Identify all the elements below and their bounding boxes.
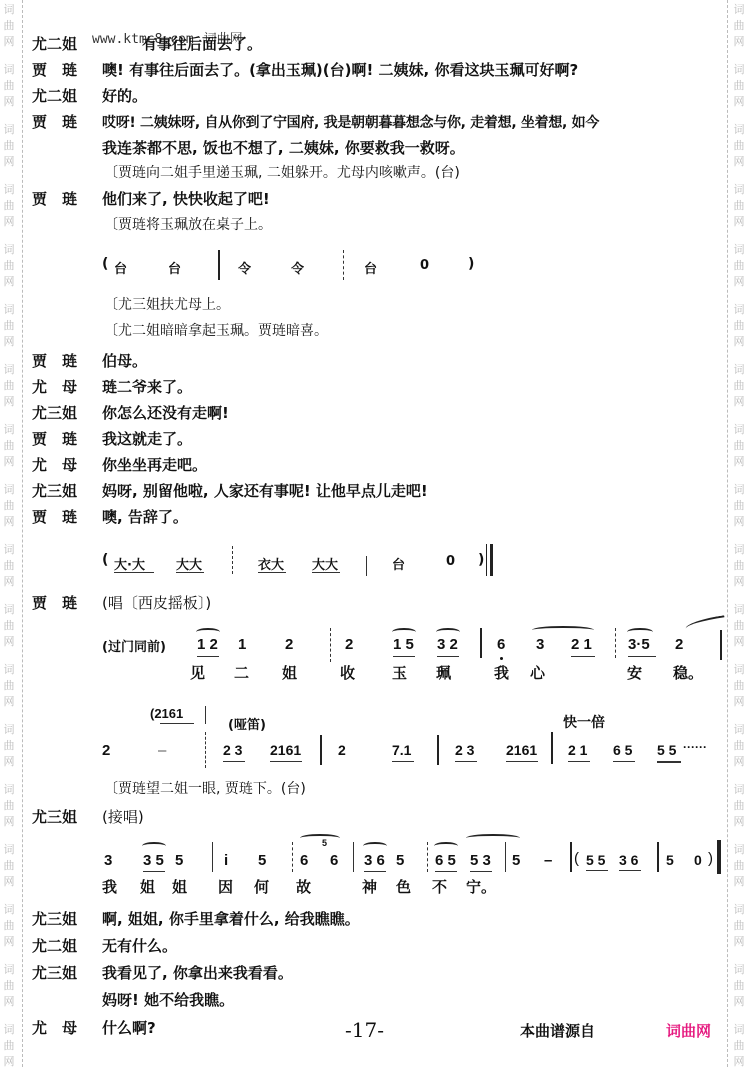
note: 1 5 [393,636,414,653]
note: 3 2 [437,636,458,653]
dialogue-line: 尤三姐你怎么还没有走啊! [32,402,229,424]
note: 3 [536,636,544,653]
underline [571,656,595,657]
watermark-glyph: 网 [2,212,16,232]
watermark-glyph: 网 [732,572,746,592]
note: 2 1 [568,742,587,758]
left-watermark-column: 词曲网词曲网词曲网词曲网词曲网词曲网词曲网词曲网词曲网词曲网词曲网词曲网词曲网词… [2,0,16,1067]
tempo-marking: 快一倍 [563,712,605,732]
dialogue-line: 贾 琏噢, 告辞了。 [32,506,188,528]
watermark-glyph: 网 [2,872,16,892]
slur [532,626,594,634]
final-barline-thin [486,544,487,576]
grace-note: 5 [322,838,327,848]
underline [628,656,656,657]
slur [196,628,220,636]
slur [363,842,387,850]
note: 2 [102,742,110,759]
dialogue-line: 尤 母你坐坐再走吧。 [32,454,207,476]
lyric: 安 [627,662,642,683]
barline [320,735,322,765]
note: 5 3 [470,852,491,869]
watermark-glyph: 网 [732,332,746,352]
underline [455,761,477,762]
paren-open: ( [574,850,579,867]
underline [197,656,219,657]
watermark-glyph: 网 [732,872,746,892]
underline [176,572,204,573]
barline [353,842,354,872]
lyric: 稳。 [673,662,703,683]
watermark-glyph: 网 [732,932,746,952]
note: 1 2 [197,636,218,653]
note: 3 6 [364,852,385,869]
perc-syllable: 台 [364,258,377,277]
watermark-glyph: 网 [2,812,16,832]
perc-syllable: 台 [392,554,405,573]
barline [720,630,722,660]
lyric: 何 [254,876,269,897]
lyric: 玉 [392,662,407,683]
watermark-glyph: 网 [732,32,746,52]
dash: – [544,852,552,869]
note: 2 3 [223,742,242,758]
barline [218,250,220,280]
alt-phrase: (2161 [150,706,183,721]
underline [619,870,641,871]
underline [437,656,459,657]
note: 6 [497,636,505,653]
slur [436,628,460,636]
note: 5 5 [657,742,676,758]
note: 2 [345,636,353,653]
watermark-glyph: 网 [2,92,16,112]
lyric: 宁。 [466,876,496,897]
lyric: 珮 [436,662,451,683]
barline [551,732,553,764]
dialogue-line: 尤三姐妈呀, 别留他啦, 人家还有事呢! 让他早点儿走吧! [32,480,428,502]
note: 2 [675,636,683,653]
watermark-glyph: 网 [2,1052,16,1067]
underline [435,871,457,872]
lyric: 色 [396,876,411,897]
note: 7.1 [392,742,411,758]
continuation-dots: ······ [683,740,707,754]
watermark-glyph: 网 [732,692,746,712]
lyric: 不 [432,876,447,897]
watermark-glyph: 网 [2,992,16,1012]
lyric: 神 [362,876,377,897]
note: 6 [330,852,338,869]
dialogue-line: 尤 母琏二爷来了。 [32,376,192,398]
page-number: -17- [345,1018,384,1042]
watermark-glyph: 网 [732,212,746,232]
perc-syllable: 大大 [176,554,202,573]
note: 5 5 [586,852,605,868]
dialogue-line: 尤三姐我看见了, 你拿出来我看看。 [32,962,293,984]
barline [366,556,367,576]
underline [258,572,286,573]
perc-syllable: 大·大 [114,554,145,573]
lyric: 姐 [140,876,155,897]
note: 5 [512,852,520,869]
perc-syllable: 台 [114,258,127,277]
barline [437,735,439,765]
percussion-open: ( [102,552,108,568]
watermark-glyph: 网 [2,632,16,652]
watermark-glyph: 网 [732,152,746,172]
dialogue-line: 尤 母什么啊? [32,1017,156,1039]
underline [392,761,414,762]
watermark-glyph: 网 [732,92,746,112]
watermark-glyph: 网 [2,392,16,412]
brand-link[interactable]: 词曲网 [666,1020,711,1041]
note: 2 [285,636,293,653]
note: 5 [666,852,674,868]
watermark-glyph: 网 [2,152,16,172]
watermark-glyph: 网 [732,272,746,292]
note: 2 [338,742,346,758]
dialogue-line: 贾 琏他们来了, 快快收起了吧! [32,188,270,210]
note: 6 [300,852,308,869]
underline [223,761,245,762]
note: 5 [258,852,266,869]
lyric: 见 [190,662,205,683]
lyric: 收 [340,662,355,683]
dialogue-line: 贾 琏噢! 有事往后面去了。(拿出玉珮)(台)啊! 二姨妹, 你看这块玉珮可好啊… [32,59,578,81]
underline [393,656,415,657]
stage-direction: 〔贾琏望二姐一眼, 贾琏下。(台) [104,778,306,800]
underline [143,871,165,872]
underline [613,761,635,762]
stage-direction: 〔尤二姐暗暗拿起玉珮。贾琏暗喜。 [104,320,328,342]
watermark-glyph: 网 [2,452,16,472]
underline [270,761,302,762]
underline [312,572,340,573]
note: 3 [104,852,112,869]
dialogue-line: 尤三姐啊, 姐姐, 你手里拿着什么, 给我瞧瞧。 [32,908,360,930]
source-label: 本曲谱源自 [520,1020,595,1041]
perc-syllable: 0 [446,554,455,569]
underline [568,761,590,762]
tie-continue [685,615,726,628]
underline [364,871,386,872]
dialogue-line: 尤三姐(接唱) [32,806,144,828]
perc-syllable: 台 [168,258,181,277]
note: 0 [694,852,702,868]
barline [292,842,293,872]
paren-close: ) [708,850,713,867]
slur [300,834,340,842]
lower-octave-dot [500,657,503,660]
final-barline [717,840,721,874]
right-margin-line [727,0,728,1067]
lyric: 心 [530,662,545,683]
percussion-close: ) [478,552,484,568]
barline [343,250,344,280]
dialogue-line: 妈呀! 她不给我瞧。 [32,989,234,1011]
stage-direction: 〔尤三姐扶尤母上。 [104,294,230,316]
note: 6 5 [613,742,632,758]
watermark-glyph: 网 [2,272,16,292]
section-label: (哑笛) [228,714,266,733]
lyric: 因 [218,876,233,897]
lyric: 姐 [172,876,187,897]
underline [470,871,492,872]
barline [205,706,206,724]
watermark-glyph: 网 [2,692,16,712]
underline [657,761,681,763]
dialogue-line: 贾 琏(唱〔西皮摇板〕) [32,592,211,614]
note: 2161 [506,742,537,758]
lyric: 我 [494,662,509,683]
score-prefix: (过门同前) [102,636,166,655]
barline [330,628,331,662]
underline [160,723,194,724]
barline [480,628,482,658]
note: 3·5 [628,636,650,653]
watermark-glyph: 网 [732,752,746,772]
watermark-glyph: 网 [2,932,16,952]
barline [570,842,572,872]
dialogue-line: 贾 琏伯母。 [32,350,147,372]
slur [466,834,520,842]
watermark-glyph: 网 [2,572,16,592]
note: 2 3 [455,742,474,758]
barline [232,546,233,574]
stage-direction: 〔贾琏将玉珮放在桌子上。 [104,214,272,236]
watermark-glyph: 网 [732,632,746,652]
barline [212,842,213,872]
slur [434,842,458,850]
dialogue-line: 贾 琏我这就走了。 [32,428,192,450]
note: 6 5 [435,852,456,869]
note: i [224,852,228,869]
slur [142,842,166,850]
watermark-glyph: 网 [732,812,746,832]
right-watermark-column: 词曲网词曲网词曲网词曲网词曲网词曲网词曲网词曲网词曲网词曲网词曲网词曲网词曲网词… [732,0,746,1067]
underline [586,870,608,871]
watermark-glyph: 网 [732,452,746,472]
dash: – [158,742,166,759]
barline [505,842,506,872]
barline [427,842,428,872]
note: 3 5 [143,852,164,869]
watermark-glyph: 网 [2,752,16,772]
underline [506,761,538,762]
barline [615,628,616,658]
watermark-glyph: 网 [2,332,16,352]
watermark-glyph: 网 [732,512,746,532]
watermark-glyph: 网 [732,1052,746,1067]
dialogue-line: 尤二姐无有什么。 [32,935,177,957]
dialogue-line: 贾 琏哎呀! 二姨妹呀, 自从你到了宁国府, 我是朝朝暮暮想念与你, 走着想, … [32,111,599,133]
barline [657,842,659,872]
perc-syllable: 大大 [312,554,338,573]
dialogue-line: 尤二姐有事往后面去了。 [32,33,262,55]
slur [627,628,653,636]
perc-syllable: 令 [238,258,251,277]
note: 5 [175,852,183,869]
watermark-glyph: 网 [732,992,746,1012]
perc-syllable: 衣大 [258,554,284,573]
dialogue-line: 我连茶都不思, 饭也不想了, 二姨妹, 你要救我一救呀。 [32,137,465,159]
stage-direction: 〔贾琏向二姐手里递玉珮, 二姐躲开。尤母内咳嗽声。(台) [104,162,460,184]
watermark-glyph: 网 [2,32,16,52]
watermark-glyph: 网 [2,512,16,532]
perc-syllable: 0 [420,258,429,273]
percussion-close: ) [468,256,474,272]
percussion-open: ( [102,256,108,272]
note: 5 [396,852,404,869]
note: 2161 [270,742,301,758]
barline [205,732,206,768]
underline [114,572,154,573]
lyric: 二 [234,662,249,683]
lyric: 我 [102,876,117,897]
final-barline-thick [490,544,493,576]
dialogue-line: 尤二姐好的。 [32,85,147,107]
note: 1 [238,636,246,653]
note: 2 1 [571,636,592,653]
lyric: 姐 [282,662,297,683]
note: 3 6 [619,852,638,868]
left-margin-line [22,0,23,1067]
watermark-glyph: 网 [732,392,746,412]
perc-syllable: 令 [291,258,304,277]
lyric: 故 [296,876,311,897]
slur [392,628,416,636]
